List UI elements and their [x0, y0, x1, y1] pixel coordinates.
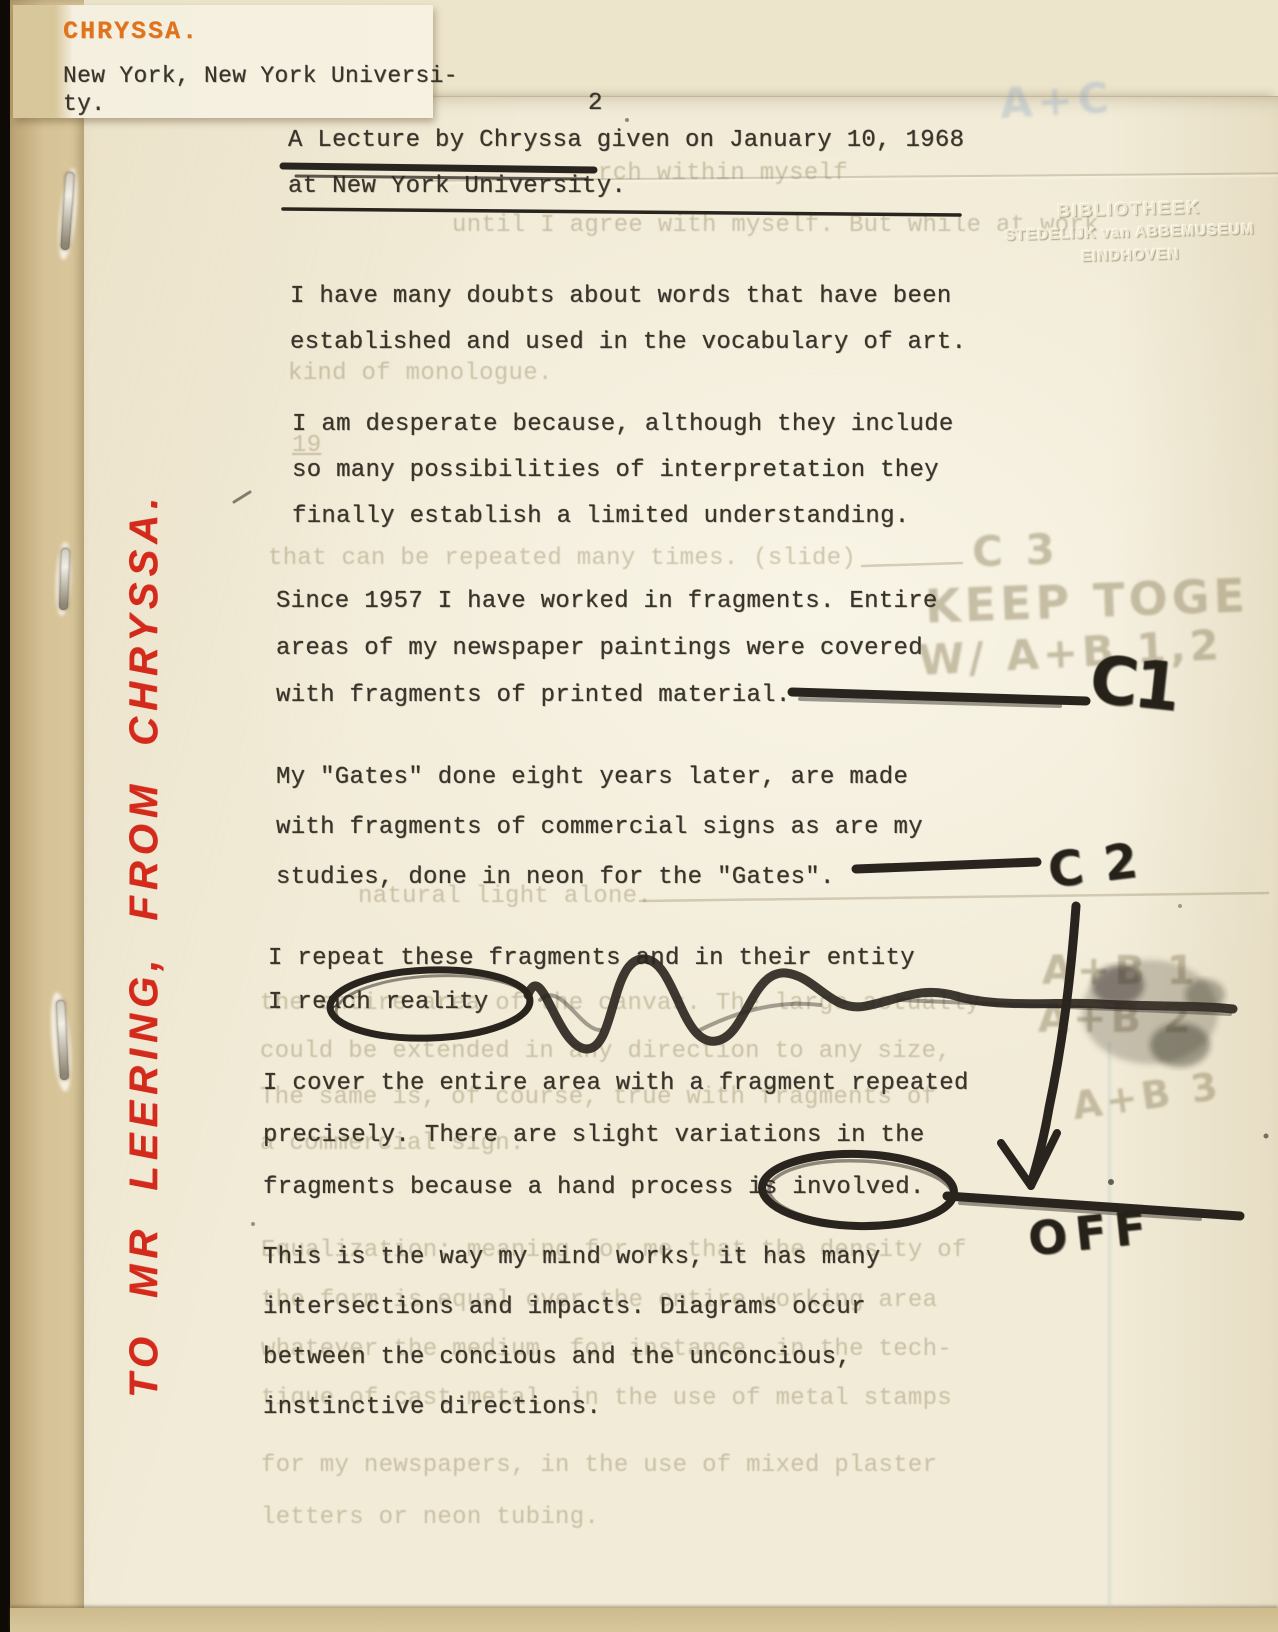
bleedthrough-line: letters or neon tubing. [261, 1504, 599, 1531]
paragraph-5: I repeat these fragments and in their en… [268, 937, 915, 1025]
bleedthrough-note-ab2: A+B 2 [1038, 996, 1195, 1042]
bleedthrough-line: rch within myself [598, 160, 848, 187]
page-number: 2 [588, 90, 603, 117]
title-line2: at New York University. [288, 164, 626, 209]
label-address-line2: ty. [63, 91, 105, 117]
bleedthrough-note-c3: C 3 [971, 525, 1059, 577]
paragraph-3: Since 1957 I have worked in fragments. E… [276, 578, 938, 719]
scanned-document: rch within myself until I agree with mys… [0, 0, 1278, 1632]
embossed-library-stamp: BIBLIOTHEEK STEDELIJK van ABBEMUSEUM EIN… [994, 194, 1266, 270]
label-artist-name: CHRYSSA. [63, 17, 199, 46]
vertical-crease [1108, 1042, 1111, 1610]
page-bottom-edge [10, 1608, 1278, 1632]
title-line1: A Lecture by Chryssa given on January 10… [288, 118, 964, 163]
paragraph-6: I cover the entire area with a fragment … [263, 1058, 969, 1214]
red-dedication-note: TO MR LEERING, FROM CHRYSSA. [122, 526, 167, 1398]
annotation-c1: C1 [1086, 641, 1180, 727]
bleedthrough-line: for my newspapers, in the use of mixed p… [261, 1452, 937, 1479]
bleedthrough-line: that can be repeated many times. (slide) [268, 545, 856, 572]
paragraph-4: My "Gates" done eight years later, are m… [276, 753, 923, 903]
label-address-line1: New York, New York Universi- [63, 63, 458, 89]
bleedthrough-blue-note: A+C [999, 73, 1115, 128]
paragraph-2: I am desperate because, although they in… [292, 402, 954, 540]
bleedthrough-note-ab1: A+B 1 [1042, 948, 1199, 994]
catalog-label-slip: CHRYSSA. New York, New York Universi- ty… [13, 5, 433, 118]
paragraph-1: I have many doubts about words that have… [290, 274, 966, 366]
paragraph-7: This is the way my mind works, it has ma… [263, 1233, 881, 1433]
annotation-c2: C 2 [1045, 833, 1142, 900]
